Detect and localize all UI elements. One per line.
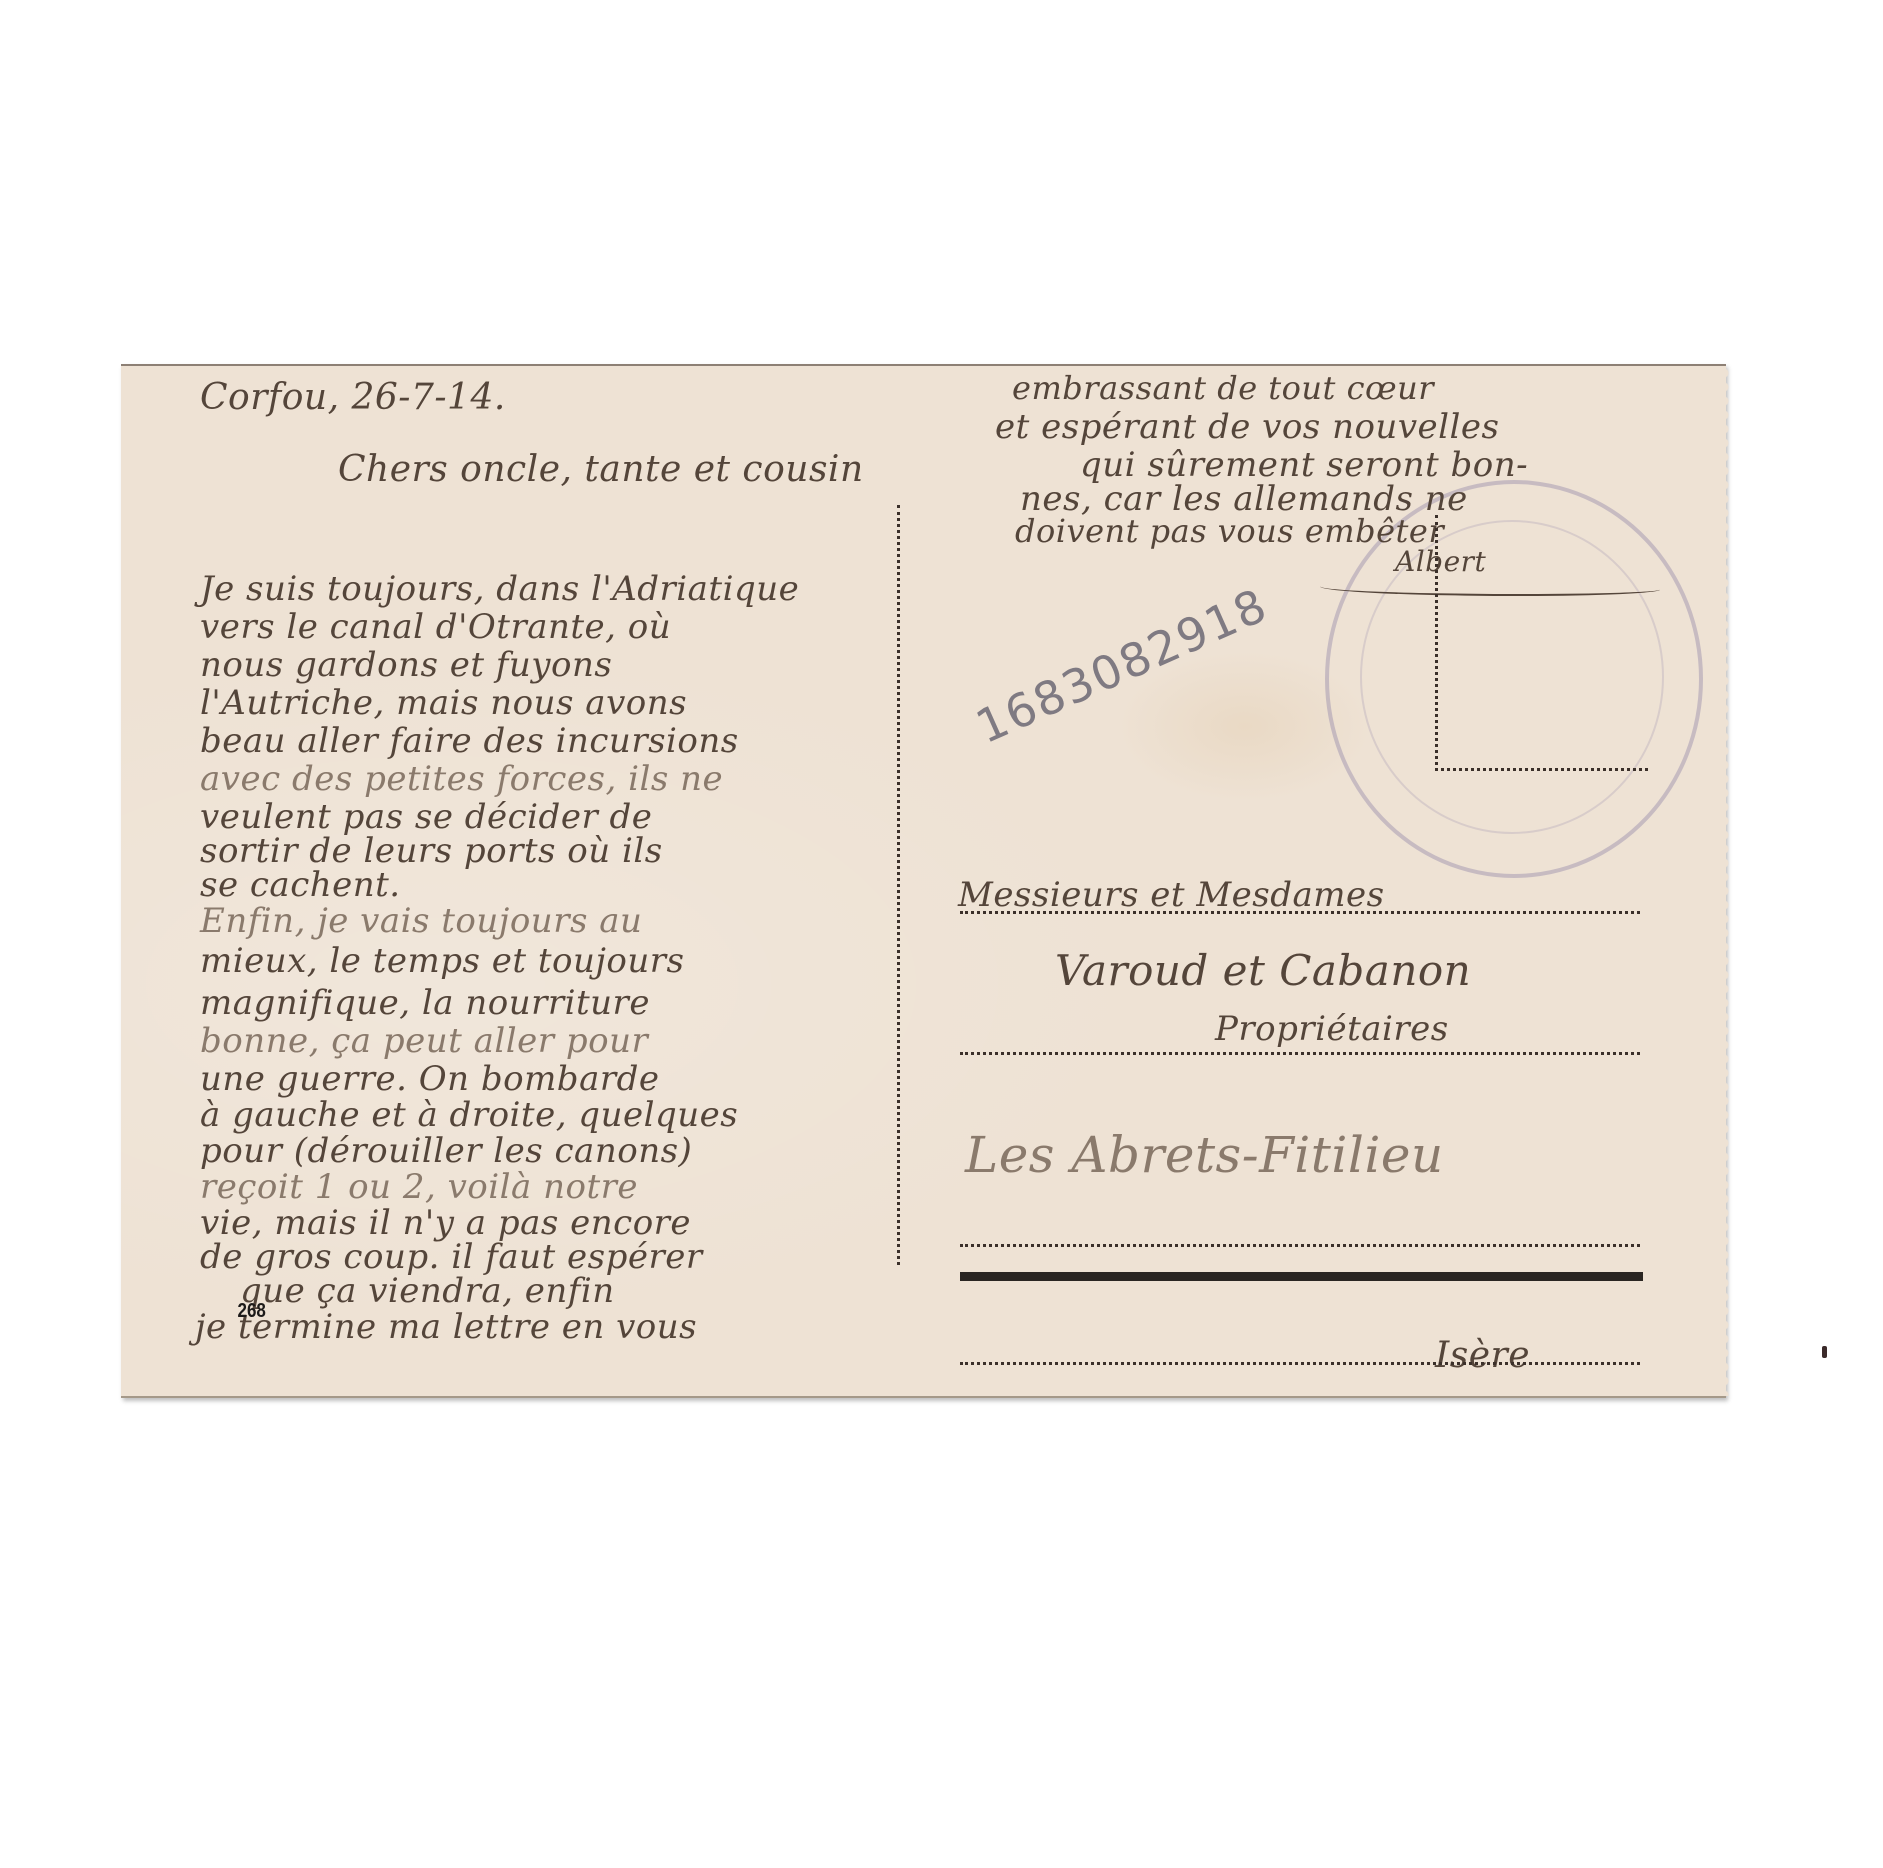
address-rule-3 bbox=[960, 1244, 1640, 1247]
message-line: reçoit 1 ou 2, voilà notre bbox=[200, 1170, 638, 1204]
continuation-line-5: doivent pas vous embêter bbox=[1015, 515, 1444, 547]
message-line: beau aller faire des incursions bbox=[200, 724, 739, 758]
continuation-line-3: qui sûrement seront bon- bbox=[1080, 448, 1528, 482]
message-line: avec des petites forces, ils ne bbox=[200, 762, 723, 796]
continuation-line-2: et espérant de vos nouvelles bbox=[995, 410, 1499, 444]
continuation-line-4: nes, car les allemands ne bbox=[1020, 482, 1468, 516]
address-department: Isère bbox=[1435, 1338, 1530, 1374]
salutation: Chers oncle, tante et cousin bbox=[338, 452, 864, 488]
message-line: pour (dérouiller les canons) bbox=[200, 1134, 692, 1168]
message-line: se cachent. bbox=[200, 868, 401, 902]
message-line: je termine ma lettre en vous bbox=[195, 1310, 697, 1344]
message-line: mieux, le temps et toujours bbox=[200, 944, 685, 978]
center-divider bbox=[897, 505, 900, 1265]
address-rule-4 bbox=[960, 1362, 1640, 1365]
message-line: l'Autriche, mais nous avons bbox=[200, 686, 687, 720]
message-line: vie, mais il n'y a pas encore bbox=[200, 1206, 691, 1240]
address-line-3: Propriétaires bbox=[1215, 1012, 1449, 1046]
address-city: Les Abrets-Fitilieu bbox=[965, 1130, 1444, 1180]
message-line: magnifique, la nourriture bbox=[200, 986, 650, 1020]
message-line: que ça viendra, enfin bbox=[240, 1274, 615, 1308]
message-line: à gauche et à droite, quelques bbox=[200, 1098, 738, 1132]
message-line: une guerre. On bombarde bbox=[200, 1062, 659, 1096]
address-rule-2 bbox=[960, 1052, 1640, 1055]
message-line: sortir de leurs ports où ils bbox=[200, 834, 663, 868]
address-heavy-rule bbox=[960, 1272, 1643, 1281]
address-rule-1 bbox=[960, 911, 1640, 914]
message-line: vers le canal d'Otrante, où bbox=[200, 610, 671, 644]
card-number: 268 bbox=[238, 1300, 266, 1323]
stamp-placeholder-box bbox=[1435, 515, 1648, 771]
place-date: Corfou, 26-7-14. bbox=[200, 380, 506, 416]
message-line: nous gardons et fuyons bbox=[200, 648, 612, 682]
address-line-2: Varoud et Cabanon bbox=[1055, 950, 1471, 992]
address-line-1: Messieurs et Mesdames bbox=[958, 878, 1385, 912]
message-line: veulent pas se décider de bbox=[200, 800, 652, 834]
message-line: bonne, ça peut aller pour bbox=[200, 1024, 648, 1058]
deckled-edge bbox=[1724, 366, 1734, 1396]
message-line: Je suis toujours, dans l'Adriatique bbox=[200, 572, 799, 606]
scan-speck bbox=[1822, 1346, 1827, 1358]
message-line: Enfin, je vais toujours au bbox=[200, 904, 642, 938]
continuation-line-1: embrassant de tout cœur bbox=[1012, 372, 1434, 404]
message-line: de gros coup. il faut espérer bbox=[200, 1240, 703, 1274]
